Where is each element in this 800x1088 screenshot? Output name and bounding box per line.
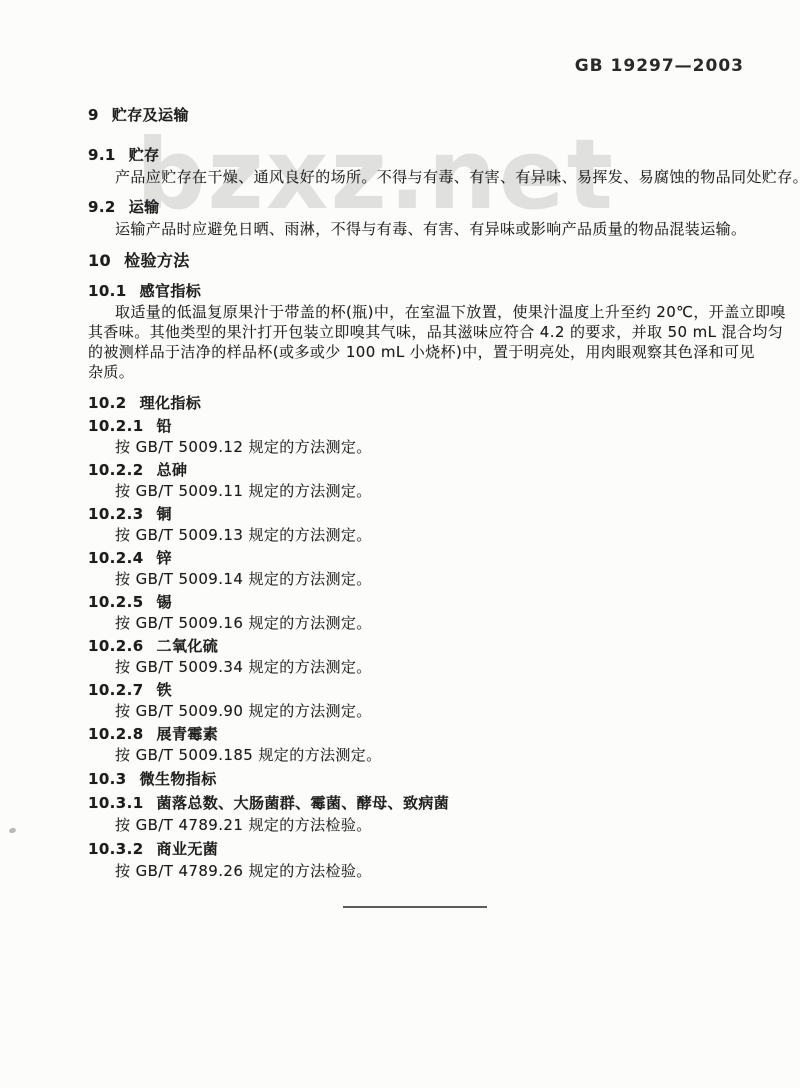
item-10-2-1-method: 按 GB/T 5009.12 规定的方法测定。 xyxy=(115,439,372,456)
section-10-3-heading: 10.3微生物指标 xyxy=(88,771,217,788)
item-number: 10.2.5 xyxy=(88,594,144,611)
section-9-number: 9 xyxy=(88,107,99,124)
sensory-paragraph-line: 取适量的低温复原果汁于带盖的杯(瓶)中，在室温下放置，使果汁温度上升至约 20℃… xyxy=(115,304,786,321)
item-number: 10.3.1 xyxy=(88,795,144,812)
item-10-3-1-method: 按 GB/T 4789.21 规定的方法检验。 xyxy=(115,817,372,834)
item-10-3-2-method: 按 GB/T 4789.26 规定的方法检验。 xyxy=(115,863,372,880)
scan-artifact-speck xyxy=(8,827,16,834)
section-10-3-title: 微生物指标 xyxy=(140,770,217,788)
item-name: 总砷 xyxy=(157,461,188,479)
section-10-2-heading: 10.2理化指标 xyxy=(88,395,201,412)
item-10-2-2-method: 按 GB/T 5009.11 规定的方法测定。 xyxy=(115,483,372,500)
section-10-1-title: 感官指标 xyxy=(140,282,202,300)
item-10-2-4-method: 按 GB/T 5009.14 规定的方法测定。 xyxy=(115,571,372,588)
sensory-paragraph-line: 其香味。其他类型的果汁打开包装立即嗅其气味，品其滋味应符合 4.2 的要求，并取… xyxy=(88,324,783,341)
scanned-standard-page: bzxz.net GB 19297—2003 9贮存及运输 9.1贮存 产品应贮… xyxy=(0,0,800,1088)
item-10-2-6-method: 按 GB/T 5009.34 规定的方法测定。 xyxy=(115,659,372,676)
sensory-paragraph-line: 的被测样品于洁净的样品杯(或多或少 100 mL 小烧杯)中，置于明亮处，用肉眼… xyxy=(88,344,755,361)
item-10-2-2-heading: 10.2.2总砷 xyxy=(88,462,187,479)
item-10-3-2-heading: 10.3.2商业无菌 xyxy=(88,841,218,858)
item-number: 10.2.6 xyxy=(88,638,144,655)
section-9-2-number: 9.2 xyxy=(88,199,116,216)
item-number: 10.2.2 xyxy=(88,462,144,479)
section-10-1-number: 10.1 xyxy=(88,283,127,300)
section-10-3-number: 10.3 xyxy=(88,771,127,788)
item-name: 菌落总数、大肠菌群、霉菌、酵母、致病菌 xyxy=(157,794,450,812)
section-9-heading: 9贮存及运输 xyxy=(88,107,189,124)
section-9-2-heading: 9.2运输 xyxy=(88,199,160,216)
section-9-2-title: 运输 xyxy=(129,198,160,216)
item-name: 二氧化硫 xyxy=(157,637,219,655)
section-10-2-title: 理化指标 xyxy=(140,394,202,412)
item-10-2-1-heading: 10.2.1铅 xyxy=(88,418,172,435)
section-10-heading: 10检验方法 xyxy=(88,252,190,269)
section-9-title: 贮存及运输 xyxy=(112,106,189,124)
item-10-2-7-heading: 10.2.7铁 xyxy=(88,682,172,699)
item-10-2-7-method: 按 GB/T 5009.90 规定的方法测定。 xyxy=(115,703,372,720)
item-name: 锡 xyxy=(157,593,172,611)
item-number: 10.2.7 xyxy=(88,682,144,699)
item-number: 10.2.3 xyxy=(88,506,144,523)
item-name: 商业无菌 xyxy=(157,840,219,858)
item-10-2-8-heading: 10.2.8展青霉素 xyxy=(88,726,218,743)
item-10-2-8-method: 按 GB/T 5009.185 规定的方法测定。 xyxy=(115,747,382,764)
item-name: 铜 xyxy=(157,505,172,523)
section-9-1-body: 产品应贮存在干燥、通风良好的场所。不得与有毒、有害、有异味、易挥发、易腐蚀的物品… xyxy=(115,169,800,186)
end-of-section-rule xyxy=(343,906,487,908)
item-10-2-6-heading: 10.2.6二氧化硫 xyxy=(88,638,218,655)
item-10-2-5-heading: 10.2.5锡 xyxy=(88,594,172,611)
item-name: 锌 xyxy=(157,549,172,567)
sensory-paragraph-line: 杂质。 xyxy=(88,364,134,381)
item-number: 10.3.2 xyxy=(88,841,144,858)
section-9-1-number: 9.1 xyxy=(88,147,116,164)
item-10-3-1-heading: 10.3.1菌落总数、大肠菌群、霉菌、酵母、致病菌 xyxy=(88,795,449,812)
section-10-1-heading: 10.1感官指标 xyxy=(88,283,201,300)
section-10-title: 检验方法 xyxy=(124,251,190,270)
section-10-number: 10 xyxy=(88,252,111,269)
item-number: 10.2.1 xyxy=(88,418,144,435)
item-number: 10.2.8 xyxy=(88,726,144,743)
item-10-2-5-method: 按 GB/T 5009.16 规定的方法测定。 xyxy=(115,615,372,632)
item-10-2-3-method: 按 GB/T 5009.13 规定的方法测定。 xyxy=(115,527,372,544)
item-name: 展青霉素 xyxy=(157,725,219,743)
item-number: 10.2.4 xyxy=(88,550,144,567)
section-10-2-number: 10.2 xyxy=(88,395,127,412)
item-name: 铅 xyxy=(157,417,172,435)
section-9-1-title: 贮存 xyxy=(129,146,160,164)
standard-number: GB 19297—2003 xyxy=(575,56,744,76)
item-10-2-4-heading: 10.2.4锌 xyxy=(88,550,172,567)
item-name: 铁 xyxy=(157,681,172,699)
section-9-2-body: 运输产品时应避免日晒、雨淋，不得与有毒、有害、有异味或影响产品质量的物品混装运输… xyxy=(115,221,746,238)
section-9-1-heading: 9.1贮存 xyxy=(88,147,160,164)
item-10-2-3-heading: 10.2.3铜 xyxy=(88,506,172,523)
